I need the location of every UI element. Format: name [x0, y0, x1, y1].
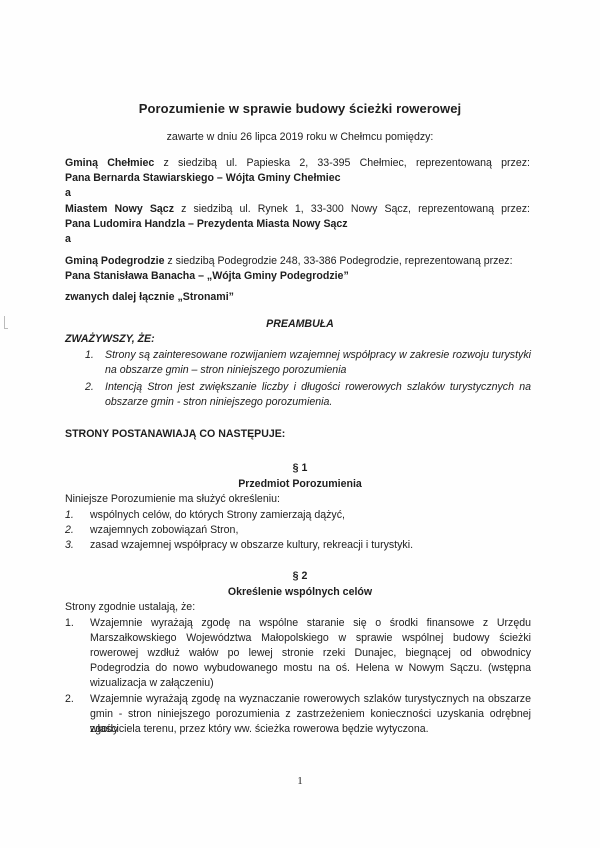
- party-1-representative: Pana Bernarda Stawiarskiego – Wójta Gmin…: [65, 171, 341, 186]
- section-2-item-2-line-1: Wzajemnie wyrażają zgodę na wyznaczanie …: [90, 692, 531, 707]
- party-2-representative: Pana Ludomira Handzla – Prezydenta Miast…: [65, 217, 348, 232]
- section-2-heading: Określenie wspólnych celów: [0, 585, 600, 600]
- preamble-item-2-number: 2.: [85, 380, 94, 395]
- party-3-line: Gminą Podegrodzie z siedzibą Podegrodzie…: [65, 254, 513, 269]
- party-3-name: Gminą Podegrodzie: [65, 255, 164, 267]
- section-2-item-2-number: 2.: [65, 692, 74, 707]
- section-1-intro: Niniejsze Porozumienie ma służyć określe…: [65, 492, 280, 507]
- party-3-representative: Pana Stanisława Banacha – „Wójta Gminy P…: [65, 269, 349, 284]
- preamble-item-2-line-2: obszarze gmin - stron niniejszego porozu…: [105, 395, 332, 410]
- section-1-item-2-number: 2.: [65, 523, 74, 538]
- section-1-item-3-text: zasad wzajemnej współpracy w obszarze ku…: [90, 538, 413, 553]
- collective-name: zwanych dalej łącznie „Stronami”: [65, 290, 234, 305]
- preamble-item-1-line-1: Strony są zainteresowane rozwijaniem wza…: [105, 348, 531, 363]
- preamble-item-2-line-1: Intencją Stron jest zwiększanie liczby i…: [105, 380, 531, 395]
- resolution-statement: STRONY POSTANAWIAJĄ CO NASTĘPUJE:: [65, 427, 285, 442]
- conjunction-2: a: [65, 232, 71, 247]
- document-page: Porozumienie w sprawie budowy ścieżki ro…: [0, 0, 600, 848]
- document-title: Porozumienie w sprawie budowy ścieżki ro…: [0, 101, 600, 116]
- page-number: 1: [0, 775, 600, 787]
- preamble-heading: PREAMBUŁA: [0, 317, 600, 332]
- section-1-item-1-text: wspólnych celów, do których Strony zamie…: [90, 508, 345, 523]
- party-1-line: Gminą Chełmiec z siedzibą ul. Papieska 2…: [65, 156, 530, 171]
- section-2-item-1-line-2: Marszałkowskiego Województwa Małopolskie…: [90, 631, 531, 646]
- section-2-item-2-line-3: właściciela terenu, przez który ww. ście…: [90, 722, 429, 737]
- preamble-item-1-number: 1.: [85, 348, 94, 363]
- section-1-item-1-number: 1.: [65, 508, 74, 523]
- section-1-item-2-text: wzajemnych zobowiązań Stron,: [90, 523, 238, 538]
- section-2-item-1-line-4: Podegrodzia do nowo wybudowanego mostu n…: [90, 661, 531, 676]
- section-2-intro: Strony zgodnie ustalają, że:: [65, 600, 195, 615]
- preamble-intro: ZWAŻYWSZY, ŻE:: [65, 332, 155, 347]
- party-1-address: z siedzibą ul. Papieska 2, 33-395 Chełmi…: [154, 157, 530, 169]
- party-3-address: z siedzibą Podegrodzie 248, 33-386 Podeg…: [164, 255, 512, 267]
- conjunction-1: a: [65, 186, 71, 201]
- preamble-item-1-line-2: na obszarze gmin – stron niniejszego por…: [105, 363, 346, 378]
- section-2-item-1-number: 1.: [65, 616, 74, 631]
- document-subtitle: zawarte w dniu 26 lipca 2019 roku w Cheł…: [0, 130, 600, 145]
- party-2-name: Miastem Nowy Sącz: [65, 203, 174, 215]
- section-2-item-1-line-1: Wzajemnie wyrażają zgodę na wspólne star…: [90, 616, 531, 631]
- section-1-symbol: § 1: [0, 461, 600, 476]
- section-2-item-1-line-5: wizualizacja w załączeniu): [90, 676, 214, 691]
- party-2-line: Miastem Nowy Sącz z siedzibą ul. Rynek 1…: [65, 202, 530, 217]
- section-1-item-3-number: 3.: [65, 538, 74, 553]
- section-2-item-1-line-3: rowerowej wzdłuż wałów po lewej stronie …: [90, 646, 531, 661]
- party-2-address: z siedzibą ul. Rynek 1, 33-300 Nowy Sącz…: [174, 203, 530, 215]
- party-1-name: Gminą Chełmiec: [65, 157, 154, 169]
- section-2-symbol: § 2: [0, 569, 600, 584]
- section-1-heading: Przedmiot Porozumienia: [0, 477, 600, 492]
